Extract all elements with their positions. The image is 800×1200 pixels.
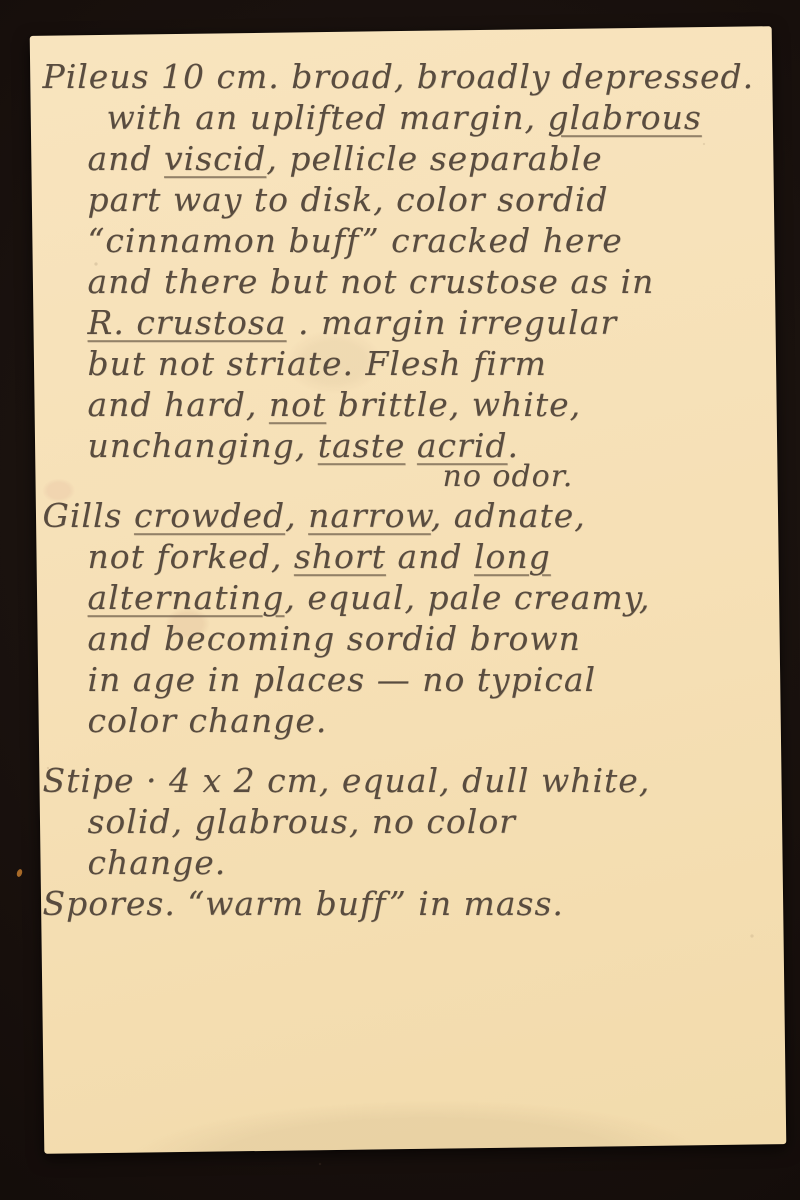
text-segment: and <box>386 537 474 576</box>
text-segment: part way to disk, color sordid <box>87 180 608 219</box>
underlined-text-segment: viscid <box>164 139 266 178</box>
text-segment: and becoming sordid brown <box>87 619 580 658</box>
text-segment: but not striate. Flesh firm <box>87 344 546 383</box>
underlined-text-segment: taste <box>318 426 406 465</box>
text-segment: in age in places — no typical <box>87 660 596 699</box>
felt-background: Pileus 10 cm. broad, broadly depressed.w… <box>0 0 800 1200</box>
handwritten-text: Pileus 10 cm. broad, broadly depressed.w… <box>30 35 772 1153</box>
underlined-text-segment: alternating <box>87 578 284 617</box>
handwritten-line: Gills crowded, narrow, adnate, <box>30 495 772 536</box>
text-segment: , <box>285 496 308 535</box>
text-segment: , pellicle separable <box>266 139 602 178</box>
handwritten-line: and viscid, pellicle separable <box>30 138 772 179</box>
text-segment: and hard, <box>87 385 268 424</box>
handwritten-line: unchanging, taste acrid. <box>30 425 772 466</box>
text-segment: with an uplifted margin, <box>106 98 547 137</box>
text-segment: no odor. <box>442 459 573 494</box>
text-segment: unchanging, <box>87 426 317 465</box>
text-segment: Stipe · 4 x 2 cm, equal, dull white, <box>42 761 650 800</box>
text-segment: , equal, pale creamy, <box>284 578 650 617</box>
underlined-text-segment: narrow <box>308 496 431 535</box>
text-segment: and <box>87 139 164 178</box>
text-segment: Spores. “warm buff” in mass. <box>42 884 563 923</box>
text-segment: and there but not crustose as in <box>87 262 654 301</box>
text-segment <box>405 426 417 465</box>
handwritten-line: no odor. <box>30 466 772 495</box>
handwritten-line: solid, glabrous, no color <box>30 801 772 842</box>
handwritten-line: “cinnamon buff” cracked here <box>30 220 772 261</box>
handwritten-line: and there but not crustose as in <box>30 261 772 302</box>
handwritten-line: change. <box>30 842 772 883</box>
text-segment: , adnate, <box>431 496 586 535</box>
handwritten-line: part way to disk, color sordid <box>30 179 772 220</box>
note-card: Pileus 10 cm. broad, broadly depressed.w… <box>30 26 787 1154</box>
text-segment: color change. <box>87 701 327 740</box>
handwritten-line: Spores. “warm buff” in mass. <box>30 883 772 924</box>
text-segment: change. <box>87 843 226 882</box>
handwritten-line: and becoming sordid brown <box>30 618 772 659</box>
text-segment: . margin irregular <box>287 303 618 342</box>
handwritten-line: Pileus 10 cm. broad, broadly depressed. <box>30 56 772 97</box>
handwritten-line: but not striate. Flesh firm <box>30 343 772 384</box>
handwritten-line: color change. <box>30 700 772 741</box>
underlined-text-segment: crowded <box>134 496 285 535</box>
handwritten-line: in age in places — no typical <box>30 659 772 700</box>
text-segment: “cinnamon buff” cracked here <box>87 221 622 260</box>
text-segment: Pileus 10 cm. broad, broadly depressed. <box>42 57 754 96</box>
handwritten-line: R. crustosa . margin irregular <box>30 302 772 343</box>
handwritten-line: with an uplifted margin, glabrous <box>30 97 772 138</box>
text-segment: not forked, <box>87 537 293 576</box>
handwritten-line: not forked, short and long <box>30 536 772 577</box>
handwritten-line: and hard, not brittle, white, <box>30 384 772 425</box>
handwritten-line: Stipe · 4 x 2 cm, equal, dull white, <box>30 760 772 801</box>
underlined-text-segment: long <box>474 537 551 576</box>
underlined-text-segment: R. crustosa <box>87 303 286 342</box>
handwritten-line: alternating, equal, pale creamy, <box>30 577 772 618</box>
text-segment: solid, glabrous, no color <box>87 802 515 841</box>
underlined-text-segment: not <box>269 385 326 424</box>
underlined-text-segment: glabrous <box>547 98 701 137</box>
text-segment: brittle, white, <box>326 385 581 424</box>
text-segment: Gills <box>42 496 133 535</box>
photo-background: { "palette": { "background_felt": "#170f… <box>0 0 800 1200</box>
dust-speck <box>16 868 23 877</box>
underlined-text-segment: short <box>294 537 386 576</box>
